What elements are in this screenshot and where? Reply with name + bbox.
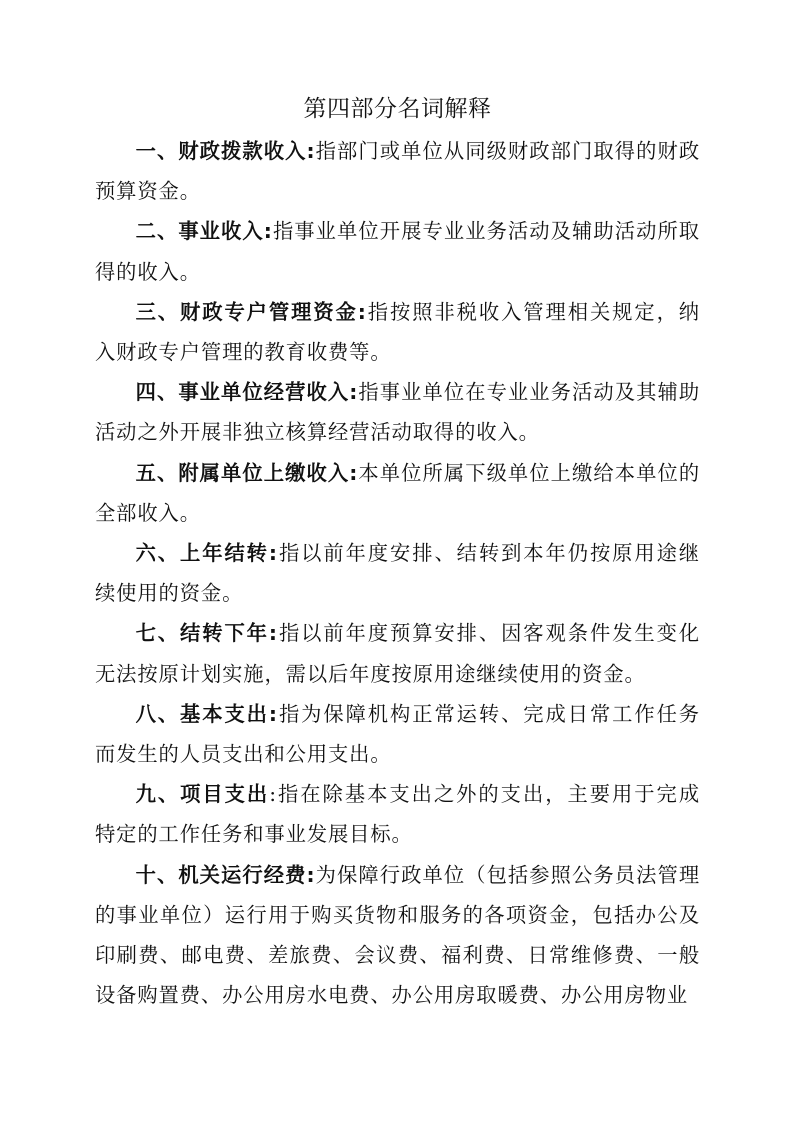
term-label: 二、事业收入: bbox=[136, 219, 273, 243]
definition-entry-5: 五、附属单位上缴收入:本单位所属下级单位上缴给本单位的全部收入。 bbox=[95, 453, 700, 533]
document-page: 第四部分名词解释 一、财政拨款收入:指部门或单位从同级财政部门取得的财政预算资金… bbox=[95, 92, 700, 1015]
definition-entry-7: 七、结转下年:指以前年度预算安排、因客观条件发生变化 无法按原计划实施，需以后年… bbox=[95, 613, 700, 693]
definition-entry-1: 一、财政拨款收入:指部门或单位从同级财政部门取得的财政预算资金。 bbox=[95, 131, 700, 211]
term-label: 四、事业单位经营收入: bbox=[136, 380, 359, 404]
definition-entry-3: 三、财政专户管理资金:指按照非税收入管理相关规定，纳 入财政专户管理的教育收费等… bbox=[95, 292, 700, 372]
term-label: 七、结转下年: bbox=[136, 621, 278, 645]
term-label: 九、项目支出 bbox=[136, 782, 270, 806]
page-title: 第四部分名词解释 bbox=[95, 92, 700, 126]
definition-entry-10: 十、机关运行经费:为保障行政单位（包括参照公务员法管理的事业单位）运行用于购买货… bbox=[95, 855, 700, 1016]
term-label: 六、上年结转: bbox=[136, 541, 278, 565]
term-label: 一、财政拨款收入: bbox=[136, 139, 316, 163]
term-label: 十、机关运行经费: bbox=[136, 863, 316, 887]
definition-entry-4: 四、事业单位经营收入:指事业单位在专业业务活动及其辅助活动之外开展非独立核算经营… bbox=[95, 372, 700, 452]
definition-entry-8: 八、基本支出:指为保障机构正常运转、完成日常工作任务 而发生的人员支出和公用支出… bbox=[95, 694, 700, 774]
term-label: 八、基本支出: bbox=[136, 702, 278, 726]
definition-entry-2: 二、事业收入:指事业单位开展专业业务活动及辅助活动所取得的收入。 bbox=[95, 211, 700, 291]
term-label: 三、财政专户管理资金: bbox=[136, 300, 367, 324]
term-label: 五、附属单位上缴收入: bbox=[136, 461, 359, 485]
definition-entry-9: 九、项目支出:指在除基本支出之外的支出，主要用于完成 特定的工作任务和事业发展目… bbox=[95, 774, 700, 854]
definition-entry-6: 六、上年结转:指以前年度安排、结转到本年仍按原用途继 续使用的资金。 bbox=[95, 533, 700, 613]
